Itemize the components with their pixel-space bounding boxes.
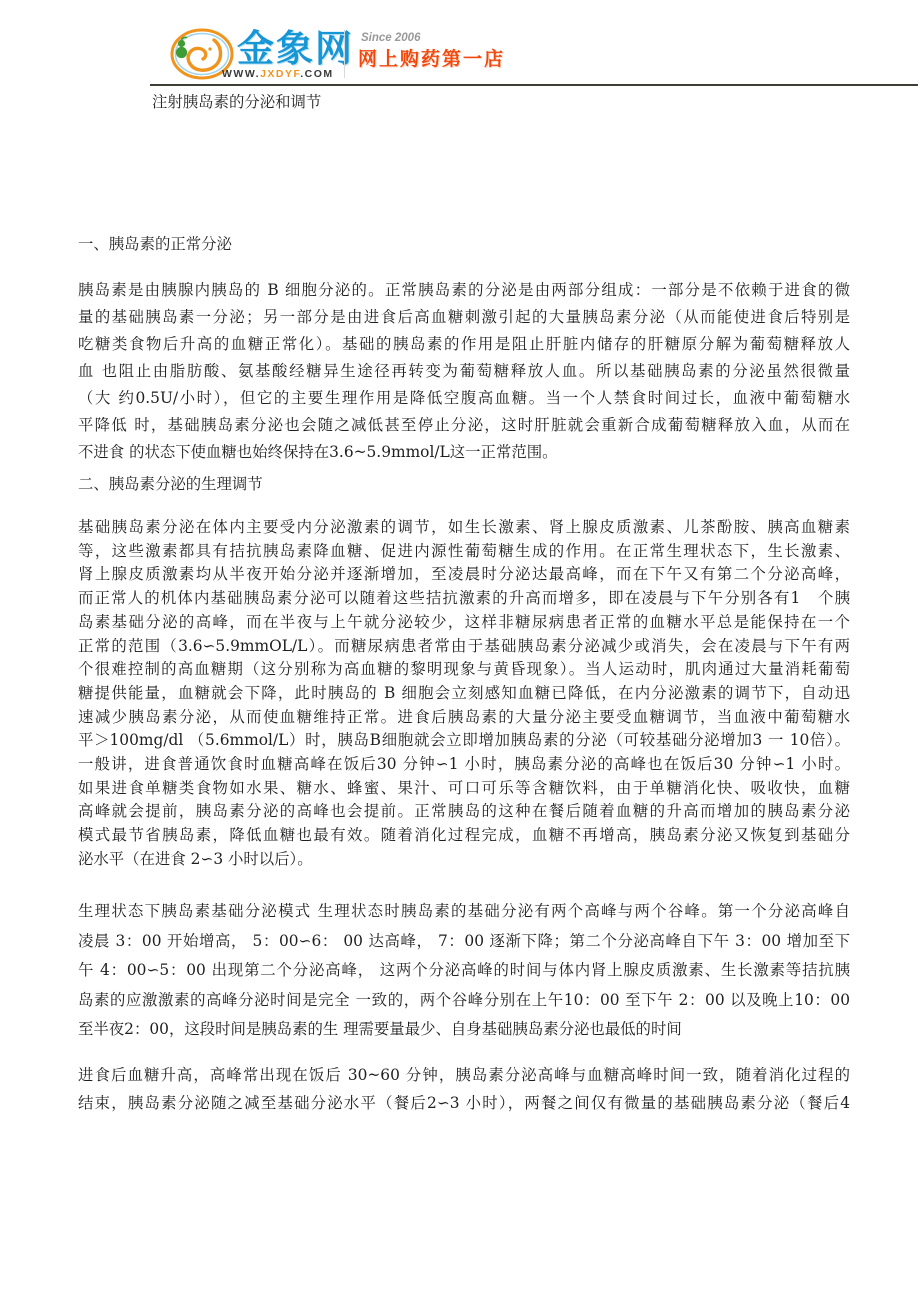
text-line: 模式最节省胰岛素，降低血糖也最有效。随着消化过程完成，血糖不再增高，胰岛素分泌又… (78, 824, 850, 848)
brand-slogan: 网上购药第一店 (358, 48, 505, 73)
text-line: 等，这些激素都具有拮抗胰岛素降血糖、促进内源性葡萄糖生成的作用。在正常生理状态下… (78, 540, 850, 564)
text-line: 而正常人的机体内基础胰岛素分泌可以随着这些拮抗激素的升高而增多，即在凌晨与下午分… (78, 587, 850, 611)
text-line: 进食后血糖升高，高峰常出现在饭后 30~60 分钟，胰岛素分泌高峰与血糖高峰时间… (78, 1062, 850, 1090)
text-line: 凌晨 3：00 开始增高， 5：00∽6： 00 达高峰， 7：00 逐渐下降；… (78, 927, 850, 957)
text-line: 岛素的应激激素的高峰分泌时间是完全 一致的，两个谷峰分别在上午10：00 至下午… (78, 986, 850, 1016)
text-line: 如果进食单糖类食物如水果、糖水、蜂蜜、果汁、可口可乐等含糖饮料，由于单糖消化快、… (78, 777, 850, 801)
text-line: 基础胰岛素分泌在体内主要受内分泌激素的调节，如生长激素、肾上腺皮质激素、儿茶酚胺… (78, 516, 850, 540)
text-line: 午 4：00∽5：00 出现第二个分泌高峰， 这两个分泌高峰的时间与体内肾上腺皮… (78, 956, 850, 986)
paragraph-postprandial-secretion: 进食后血糖升高，高峰常出现在饭后 30~60 分钟，胰岛素分泌高峰与血糖高峰时间… (78, 1062, 850, 1117)
text-line: 岛素基础分泌的高峰，而在半夜与上午就分泌较少，这样非糖尿病患者正常的血糖水平总是… (78, 611, 850, 635)
text-line: （大 约0.5U/小时），但它的主要生理作用是降低空腹高血糖。当一个人禁食时间过… (78, 385, 850, 412)
paragraph-normal-secretion: 胰岛素是由胰腺内胰岛的 B 细胞分泌的。正常胰岛素的分泌是由两部分组成：一部分是… (78, 277, 850, 466)
title-divider-rule (150, 84, 918, 86)
brand-name[interactable]: 金象网 (237, 30, 354, 67)
text-line: 生理状态下胰岛素基础分泌模式 生理状态时胰岛素的基础分泌有两个高峰与两个谷峰。第… (78, 897, 850, 927)
text-line: 一般讲，进食普通饮食时血糖高峰在饭后30 分钟∽1 小时，胰岛素分泌的高峰也在饭… (78, 753, 850, 777)
text-line: 肾上腺皮质激素均从半夜开始分泌并逐渐增加，至凌晨时分泌达最高峰，而在下午又有第二… (78, 563, 850, 587)
domain-prefix: WWW. (222, 68, 260, 80)
text-line: 平降低 时，基础胰岛素分泌也会随之减低甚至停止分泌，这时肝脏就会重新合成葡萄糖释… (78, 412, 850, 439)
paragraph-basal-secretion-pattern: 生理状态下胰岛素基础分泌模式 生理状态时胰岛素的基础分泌有两个高峰与两个谷峰。第… (78, 897, 850, 1045)
paragraph-physiological-regulation: 基础胰岛素分泌在体内主要受内分泌激素的调节，如生长激素、肾上腺皮质激素、儿茶酚胺… (78, 516, 850, 872)
since-label: Since 2006 (361, 33, 420, 45)
text-line: 速减少胰岛素分泌，从而使血糖维持正常。进食后胰岛素的大量分泌主要受血糖调节，当血… (78, 706, 850, 730)
text-line: 吃糖类食物后升高的血糖正常化）。基础的胰岛素的作用是阻止肝脏内储存的肝糖原分解为… (78, 331, 850, 358)
text-line: 泌水平（在进食 2∽3 小时以后）。 (78, 848, 850, 872)
text-line: 个很难控制的高血糖期（这分别称为高血糖的黎明现象与黄昏现象）。当人运动时，肌肉通… (78, 658, 850, 682)
text-line: 高峰就会提前，胰岛素分泌的高峰也会提前。正常胰岛的这种在餐后随着血糖的升高而增加… (78, 800, 850, 824)
section-heading-2: 二、胰岛素分泌的生理调节 (78, 474, 850, 494)
text-line: 至半夜2：00，这段时间是胰岛素的生 理需要量最少、自身基础胰岛素分泌也最低的时… (78, 1015, 850, 1045)
section-heading-1: 一、胰岛素的正常分泌 (78, 234, 850, 254)
domain-mid: JXDYF (260, 68, 300, 80)
text-line: 正常的范围（3.6∽5.9mmOL/L）。而糖尿病患者常由于基础胰岛素分泌减少或… (78, 635, 850, 659)
site-header: 金象网 WWW.JXDYF.COM Since 2006 网上购药第一店 (0, 0, 920, 86)
brand-domain[interactable]: WWW.JXDYF.COM (222, 69, 334, 80)
text-line: 糖提供能量，血糖就会下降，此时胰岛的 B 细胞会立刻感知血糖已降低，在内分泌激素… (78, 682, 850, 706)
text-line: 血 也阻止由脂肪酸、氨基酸经糖异生途径再转变为葡萄糖释放人血。所以基础胰岛素的分… (78, 358, 850, 385)
domain-suffix: .COM (300, 68, 333, 80)
text-line: 结束，胰岛素分泌随之减至基础分泌水平（餐后2∽3 小时），两餐之间仅有微量的基础… (78, 1090, 850, 1118)
text-line: 胰岛素是由胰腺内胰岛的 B 细胞分泌的。正常胰岛素的分泌是由两部分组成：一部分是… (78, 277, 850, 304)
page-title: 注射胰岛素的分泌和调节 (152, 92, 321, 112)
text-line: 不进食 的状态下使血糖也始终保持在3.6~5.9mmol/L这一正常范围。 (78, 439, 850, 466)
text-line: 平＞100mg/dl （5.6mmol/L）时，胰岛B细胞就会立即增加胰岛素的分… (78, 729, 850, 753)
header-divider (344, 30, 345, 78)
text-line: 量的基础胰岛素一分泌；另一部分是由进食后高血糖刺激引起的大量胰岛素分泌（从而能使… (78, 304, 850, 331)
